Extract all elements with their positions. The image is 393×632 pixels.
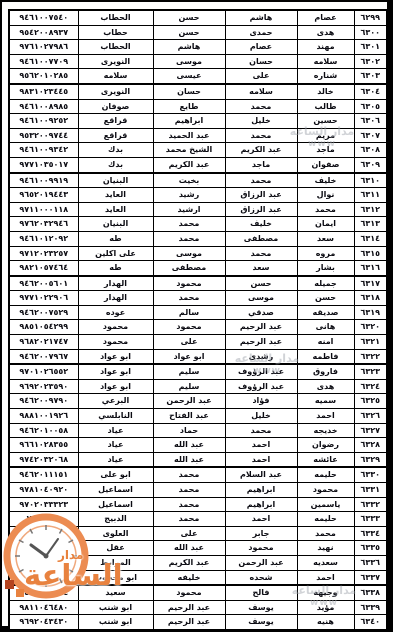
serial-cell: ٦٣٠٢ <box>354 54 387 69</box>
father-name-cell: عبد الكريم <box>225 143 297 158</box>
serial-cell: ٦٣٠٣ <box>354 69 387 84</box>
table-row: ٩٧٨١٠٤٠٩٢٠اسماعيلمحمدابراهيممحمود٦٣٣١ <box>9 483 387 498</box>
table-row: ٩٤٦٢٠٠٥٦٠١الهدارمحمودحسنجميله٦٣١٧ <box>9 276 387 291</box>
father-name-cell: حسن <box>225 276 297 291</box>
grandfather-name-cell: عبد الكريم <box>153 157 225 172</box>
father-name-cell: محمد <box>225 423 297 438</box>
table-row: ٩٥٦٢٠١٠٢٨٥سلامهعيسىعلىشناره٦٣٠٣ <box>9 69 387 84</box>
id-number-cell: ٩٤٦٢٠٠٩٧٩٠ <box>9 394 78 409</box>
serial-cell: ٦٣٢٧ <box>354 423 387 438</box>
table-row: ٩٧٠١٠٢٦٥٥٢ابو عوادسليمعبد الرؤوففاروق٦٣٢… <box>9 364 387 379</box>
grandfather-name-cell: عبد الفتاح <box>153 409 225 424</box>
serial-cell: ٦٣١٢ <box>354 202 387 217</box>
grandfather-name-cell: سليم <box>153 379 225 394</box>
father-name-cell: على <box>225 69 297 84</box>
table-row: ٩٧٧١٠٢٢٩٠٦الهدارمحمدموسىحسن٦٣١٨ <box>9 291 387 306</box>
first-name-cell: جميله <box>297 276 354 291</box>
father-name-cell: محمود <box>225 541 297 556</box>
table-row: ٩٤٦١٠٠٩٣٤٢بدكالشيخ محمدعبد الكريمماجد٦٣٠… <box>9 143 387 158</box>
first-name-cell: هدى <box>297 379 354 394</box>
father-name-cell: عبد الرؤوف <box>225 379 297 394</box>
records-table-body: ٩٤٦١٠٠٧٥٤٠الحطابحسنهاشمعصام٦٢٩٩٩٥٤٢٠٠٨٩٣… <box>9 10 387 630</box>
family-name-cell: قراقع <box>78 128 153 143</box>
serial-cell: ٦٣٣١ <box>354 483 387 498</box>
serial-cell: ٦٢٩٩ <box>354 10 387 25</box>
first-name-cell: محمود <box>297 483 354 498</box>
grandfather-name-cell: خليفه <box>153 570 225 585</box>
table-row: ٩٤٦٢٠١١١٥١ابو علىمحمدعبد السلامحليمه٦٣٣٠ <box>9 467 387 482</box>
first-name-cell: هنيه <box>297 615 354 630</box>
father-name-cell: حمدى <box>225 25 297 40</box>
serial-cell: ٦٣١٣ <box>354 217 387 232</box>
first-name-cell: محمد <box>297 202 354 217</box>
first-name-cell: سعد <box>297 231 354 246</box>
id-number-cell: ٩٨٥١٠٥٤٢٩٩ <box>9 320 78 335</box>
id-number-cell: ٩٤٦٢٠١٢٨٨٤ <box>9 585 78 600</box>
id-number-cell: ٩٦٩٢٠٢٣٥٩٠ <box>9 379 78 394</box>
serial-cell: ٦٣٢٤ <box>354 379 387 394</box>
serial-cell: ٦٣١٤ <box>354 231 387 246</box>
table-row: ٩٤٦١٠٠٧٧٠٩النويرىموسىحسانسلامه٦٣٠٢ <box>9 54 387 69</box>
id-number-cell: ٣ <box>9 555 78 570</box>
grandfather-name-cell: بخيت <box>153 173 225 188</box>
family-name-cell: الدبيج <box>78 512 153 527</box>
father-name-cell: يوسف <box>225 600 297 615</box>
table-row: ٩٤٦٢٠٠٧٥٢٩عودهسالمصدقيصديقه٦٣١٩ <box>9 305 387 320</box>
grandfather-name-cell: سليم <box>153 364 225 379</box>
first-name-cell: هدى <box>297 25 354 40</box>
table-row: ٩٤٦٢٠١٠٠٥٨عيادحمادمحمدخديجه٦٣٢٧ <box>9 423 387 438</box>
first-name-cell: مهند <box>297 40 354 55</box>
grandfather-name-cell: عيسى <box>153 69 225 84</box>
table-row: ٩٥٤٢٠٠٨٩٣٧حطابحسنحمدىهدى٦٣٠٠ <box>9 25 387 40</box>
grandfather-name-cell: ابراهيم <box>153 114 225 129</box>
father-name-cell: هاشم <box>225 10 297 25</box>
family-name-cell: الهدار <box>78 276 153 291</box>
grandfather-name-cell: على <box>153 526 225 541</box>
first-name-cell: سلامه <box>297 54 354 69</box>
id-number-cell: ٩٤٦١٠٠٨٩٨٥ <box>9 99 78 114</box>
father-name-cell: خليف <box>225 217 297 232</box>
id-number-cell: ٩٥٤٢٠٠٨٩٣٧ <box>9 25 78 40</box>
grandfather-name-cell: محمد <box>153 512 225 527</box>
grandfather-name-cell: الشيخ محمد <box>153 143 225 158</box>
grandfather-name-cell: محمد <box>153 483 225 498</box>
table-row: ٩٧٦٢٠٣٢٩٤٦البنيانمحمدخليفايمان٦٣١٣ <box>9 217 387 232</box>
serial-cell: ٦٣٢٥ <box>354 394 387 409</box>
father-name-cell: عبد الرؤوف <box>225 364 297 379</box>
family-name-cell: ابو عواد <box>78 349 153 364</box>
grandfather-name-cell: هاشم <box>153 40 225 55</box>
first-name-cell: حسن <box>297 291 354 306</box>
father-name-cell: عبد الرزاق <box>225 188 297 203</box>
serial-cell: ٦٣٤٠ <box>354 615 387 630</box>
serial-cell: ٦٣٠٦ <box>354 114 387 129</box>
father-name-cell: صدقي <box>225 305 297 320</box>
id-number-cell: ٩٥٣٢٠٠٩٧٤٤ <box>9 128 78 143</box>
serial-cell: ٦٣٣٦ <box>354 555 387 570</box>
grandfather-name-cell: سالم <box>153 305 225 320</box>
father-name-cell: عبد الرحيم <box>225 335 297 350</box>
table-row: ٩٨١١٠٤٦٤٨٠ابو شنبعبد الرحيميوسفمؤيد٦٣٣٩ <box>9 600 387 615</box>
family-name-cell: عياد <box>78 423 153 438</box>
family-name-cell: بدك <box>78 143 153 158</box>
father-name-cell: محمد <box>225 246 297 261</box>
serial-cell: ٦٣٣٩ <box>354 600 387 615</box>
id-number-cell: ٩٧٦١٠٢٧٩٨٦ <box>9 40 78 55</box>
family-name-cell: ابو عواد <box>78 379 153 394</box>
serial-cell: ٦٣١٨ <box>354 291 387 306</box>
family-name-cell: ابو محجوب <box>78 570 153 585</box>
family-name-cell: صوفان <box>78 99 153 114</box>
table-row: ٩٤٦٢٠٠٧٩٦٧ابو عوادابو عوادرشدىفاطمه٦٣٢٢ <box>9 349 387 364</box>
first-name-cell: حليمه <box>297 512 354 527</box>
serial-cell: ٦٣٣٠ <box>354 467 387 482</box>
family-name-cell: قراقع <box>78 114 153 129</box>
first-name-cell: عائشه <box>297 452 354 467</box>
table-row: ٩٤٦١٠٠٧٥٤٠الحطابحسنهاشمعصام٦٢٩٩ <box>9 10 387 25</box>
first-name-cell: مريم <box>297 128 354 143</box>
serial-cell: ٦٣١٧ <box>354 276 387 291</box>
table-row: ٢٠١١١٨٨الدبيجمحمداحمدحليمه٦٣٣٣ <box>9 512 387 527</box>
father-name-cell: مصطفى <box>225 231 297 246</box>
father-name-cell: محمد <box>225 99 297 114</box>
family-name-cell: على اكلين <box>78 246 153 261</box>
first-name-cell: ياسمين <box>297 497 354 512</box>
father-name-cell: محمد <box>225 128 297 143</box>
family-name-cell: محمود <box>78 335 153 350</box>
id-number-cell: ٩٤٦١٠٠٩٩١٩ <box>9 173 78 188</box>
serial-cell: ٦٣٢٩ <box>354 452 387 467</box>
table-row: ٩٥٣٢٠٠٩٧٤٤قراقععبد الحميدمحمدمريم٦٣٠٧ <box>9 128 387 143</box>
serial-cell: ٦٣٠٨ <box>354 143 387 158</box>
id-number-cell: ٩٧٤٢٠٣٢٠٦٨ <box>9 452 78 467</box>
id-number-cell: ٩٤٦٢٠٠٥٦٠١ <box>9 276 78 291</box>
grandfather-name-cell: عبد الله <box>153 438 225 453</box>
first-name-cell: نوال <box>297 188 354 203</box>
table-row: ٩٤٦١٠١٢٠٩٢طهمحمدمصطفىسعد٦٣١٤ <box>9 231 387 246</box>
grandfather-name-cell: حسن <box>153 25 225 40</box>
id-number-cell: ٩٧٧١٠٢٢٩٠٦ <box>9 291 78 306</box>
family-name-cell: عياد <box>78 452 153 467</box>
father-name-cell: يوسف <box>225 615 297 630</box>
table-row: ٢٥٥٦١العلوىعلىجابرمحمد٦٣٣٤ <box>9 526 387 541</box>
family-name-cell: النابلسي <box>78 409 153 424</box>
table-row: ٩٨٢١٠٥٧٤٦٤طهمصطفىسعدبشار٦٣١٦ <box>9 261 387 276</box>
serial-cell: ٦٣٢٣ <box>354 364 387 379</box>
table-row: ٩٨٨١٠٠١٩٢٦النابلسيعبد الفتاحخليلاحمد٦٣٢٦ <box>9 409 387 424</box>
father-name-cell: عبد الرحيم <box>225 320 297 335</box>
family-name-cell: بدك <box>78 157 153 172</box>
first-name-cell: سعديه <box>297 555 354 570</box>
father-name-cell: احمد <box>225 438 297 453</box>
table-row: ٩٦٨٢٠٢١٧٤٧محمودعلىعبد الرحيمامنه٦٣٢١ <box>9 335 387 350</box>
grandfather-name-cell: محمود <box>153 320 225 335</box>
serial-cell: ٦٣٢٢ <box>354 349 387 364</box>
first-name-cell: صديقه <box>297 305 354 320</box>
father-name-cell: خليل <box>225 409 297 424</box>
family-name-cell: سلامه <box>78 69 153 84</box>
grandfather-name-cell: عبد الرحمن <box>153 394 225 409</box>
first-name-cell: حسين <box>297 114 354 129</box>
family-name-cell: البرعي <box>78 394 153 409</box>
first-name-cell: فاروق <box>297 364 354 379</box>
first-name-cell: خديجه <box>297 423 354 438</box>
first-name-cell: مروه <box>297 246 354 261</box>
family-name-cell: ابو شنب <box>78 600 153 615</box>
id-number-cell: ٩٧٧١٠٣٥٠١٧ <box>9 157 78 172</box>
father-name-cell: عصام <box>225 40 297 55</box>
serial-cell: ٦٣٢٠ <box>354 320 387 335</box>
father-name-cell: ماجد <box>225 157 297 172</box>
first-name-cell: صفوان <box>297 157 354 172</box>
family-name-cell: ابو شنب <box>78 615 153 630</box>
serial-cell: ٦٣٣٧ <box>354 570 387 585</box>
first-name-cell: محمد <box>297 526 354 541</box>
father-name-cell: عبد الرحمن <box>225 555 297 570</box>
id-number-cell: ٩٤٦٢٠١١١٥١ <box>9 467 78 482</box>
family-name-cell: سعيد <box>78 585 153 600</box>
family-name-cell: الهدار <box>78 291 153 306</box>
grandfather-name-cell: حسن <box>153 10 225 25</box>
grandfather-name-cell: عبد الحميد <box>153 128 225 143</box>
id-number-cell: ٩٧٠٢٠٣٣٣٢٣ <box>9 497 78 512</box>
grandfather-name-cell: ارشيد <box>153 202 225 217</box>
serial-cell: ٦٣٣٨ <box>354 585 387 600</box>
id-number-cell: ٩٧٨١٠٤٠٩٢٠ <box>9 483 78 498</box>
grandfather-name-cell: رشيد <box>153 188 225 203</box>
father-name-cell: احمد <box>225 452 297 467</box>
family-name-cell: محمود <box>78 320 153 335</box>
table-row: ٩٧١٢٠٢٣٢٥٧على اكلينموسىمحمدمروه٦٣١٥ <box>9 246 387 261</box>
id-number-cell: ٩٤٦١٠٠٩٣٤٢ <box>9 143 78 158</box>
grandfather-name-cell: محمد <box>153 497 225 512</box>
table-row: ٩٦٥٢٠١٩٤٤٣العايدرشيدعبد الرزاقنوال٦٣١١ <box>9 188 387 203</box>
father-name-cell: خليل <box>225 114 297 129</box>
grandfather-name-cell: عبد الله <box>153 541 225 556</box>
grandfather-name-cell: عبد الرحيم <box>153 600 225 615</box>
father-name-cell: ابراهيم <box>225 497 297 512</box>
family-name-cell: الحطاب <box>78 10 153 25</box>
id-number-cell: ٩٧٠١٠٢٦٥٥٢ <box>9 364 78 379</box>
family-name-cell: المرابط <box>78 555 153 570</box>
family-name-cell: طه <box>78 231 153 246</box>
grandfather-name-cell: محمد <box>153 217 225 232</box>
first-name-cell: شناره <box>297 69 354 84</box>
id-number-cell: ٩٤٦١٠١٢٠٩٢ <box>9 231 78 246</box>
family-name-cell: النويرى <box>78 84 153 99</box>
serial-cell: ٦٣٢٦ <box>354 409 387 424</box>
table-row: ٩٦٩٢٠٢٣٥٩٠ابو عوادسليمعبد الرؤوفهدى٦٣٢٤ <box>9 379 387 394</box>
family-name-cell: عوده <box>78 305 153 320</box>
grandfather-name-cell: محمود <box>153 276 225 291</box>
table-row: ٤عقلعبد اللهمحمودنهيد٦٣٣٥ <box>9 541 387 556</box>
grandfather-name-cell: حماد <box>153 423 225 438</box>
id-number-cell: ٩٨٢١٠٥٧٤٦٤ <box>9 261 78 276</box>
table-row: ٩٨٤١٠٣١٢٦٦ابو محجوبخليفهشحدهاحمد٦٣٣٧ <box>9 570 387 585</box>
id-number-cell: ٩٥٦٢٠١٠٢٨٥ <box>9 69 78 84</box>
table-row: ٩٤٦١٠٠٩٢٥٢قراقعابراهيمخليلحسين٦٣٠٦ <box>9 114 387 129</box>
grandfather-name-cell: محمد <box>153 467 225 482</box>
father-name-cell: فالح <box>225 585 297 600</box>
serial-cell: ٦٣٢١ <box>354 335 387 350</box>
father-name-cell: احمد <box>225 512 297 527</box>
grandfather-name-cell: على <box>153 335 225 350</box>
first-name-cell: احمد <box>297 409 354 424</box>
table-row: ٩٤٦٢٠١٢٨٨٤سعيدمحمودفالحوجيهه٦٣٣٨ <box>9 585 387 600</box>
serial-cell: ٦٣٠٥ <box>354 99 387 114</box>
id-number-cell: ٩٧١٢٠٢٣٢٥٧ <box>9 246 78 261</box>
id-number-cell: ٩٤٦٢٠١٠٠٥٨ <box>9 423 78 438</box>
serial-cell: ٦٣٣٣ <box>354 512 387 527</box>
grandfather-name-cell: محمد <box>153 291 225 306</box>
family-name-cell: عقل <box>78 541 153 556</box>
table-row: ٩٧٠٢٠٣٣٣٢٣اسماعيلمحمدابراهيمياسمين٦٣٣٢ <box>9 497 387 512</box>
table-row: ٩٤٦٢٠٠٩٧٩٠البرعيعبد الرحمنفؤادسميه٦٣٢٥ <box>9 394 387 409</box>
serial-cell: ٦٣٠٤ <box>354 84 387 99</box>
first-name-cell: فاطمه <box>297 349 354 364</box>
serial-cell: ٦٣٣٢ <box>354 497 387 512</box>
id-number-cell: ٤ <box>9 541 78 556</box>
first-name-cell: طالب <box>297 99 354 114</box>
grandfather-name-cell: ابو عواد <box>153 349 225 364</box>
id-number-cell: ٩٤٦١٠٠٧٧٠٩ <box>9 54 78 69</box>
father-name-cell: فؤاد <box>225 394 297 409</box>
first-name-cell: وجيهه <box>297 585 354 600</box>
id-number-cell: ٩٦٥٢٠١٩٤٤٣ <box>9 188 78 203</box>
records-table: ٩٤٦١٠٠٧٥٤٠الحطابحسنهاشمعصام٦٢٩٩٩٥٤٢٠٠٨٩٣… <box>8 9 388 631</box>
id-number-cell: ٢٥٥٦١ <box>9 526 78 541</box>
id-number-cell: ٩٨٤١٠٣١٢٦٦ <box>9 570 78 585</box>
first-name-cell: رضوان <box>297 438 354 453</box>
family-name-cell: البنيان <box>78 217 153 232</box>
first-name-cell: سميه <box>297 394 354 409</box>
id-number-cell: ٩٨٨١٠٠١٩٢٦ <box>9 409 78 424</box>
first-name-cell: خليف <box>297 173 354 188</box>
id-number-cell: ٩٤٦١٠٠٩٢٥٢ <box>9 114 78 129</box>
grandfather-name-cell: موسى <box>153 246 225 261</box>
grandfather-name-cell: مصطفى <box>153 261 225 276</box>
family-name-cell: البنيان <box>78 173 153 188</box>
family-name-cell: ابو عواد <box>78 364 153 379</box>
serial-cell: ٦٣٠٧ <box>354 128 387 143</box>
father-name-cell: ابراهيم <box>225 483 297 498</box>
family-name-cell: اسماعيل <box>78 497 153 512</box>
table-row: ٩٨٥١٠٥٤٢٩٩محمودمحمودعبد الرحيمهانى٦٣٢٠ <box>9 320 387 335</box>
first-name-cell: احمد <box>297 570 354 585</box>
first-name-cell: بشار <box>297 261 354 276</box>
table-row: ٩٦٩٢٠٤٣٤٣٠ابو شنبعبد الرحيميوسفهنيه٦٣٤٠ <box>9 615 387 630</box>
serial-cell: ٦٣٠٠ <box>354 25 387 40</box>
first-name-cell: ايمان <box>297 217 354 232</box>
first-name-cell: هانى <box>297 320 354 335</box>
serial-cell: ٦٣٠٩ <box>354 157 387 172</box>
grandfather-name-cell: محمد <box>153 231 225 246</box>
table-row: ٩٧٧١٠٣٥٠١٧بدكعبد الكريمماجدصفوان٦٣٠٩ <box>9 157 387 172</box>
father-name-cell: موسى <box>225 291 297 306</box>
serial-cell: ٦٣٢٨ <box>354 438 387 453</box>
family-name-cell: العايد <box>78 188 153 203</box>
family-name-cell: العلوى <box>78 526 153 541</box>
id-number-cell: ٩٦٩٢٠٤٣٤٣٠ <box>9 615 78 630</box>
family-name-cell: ابو على <box>78 467 153 482</box>
family-name-cell: النويرى <box>78 54 153 69</box>
family-name-cell: اسماعيل <box>78 483 153 498</box>
father-name-cell: حسان <box>225 54 297 69</box>
serial-cell: ٦٣١٦ <box>354 261 387 276</box>
serial-cell: ٦٣١٥ <box>354 246 387 261</box>
father-name-cell: محمد <box>225 173 297 188</box>
id-number-cell: ٩٤٦١٠٠٧٥٤٠ <box>9 10 78 25</box>
id-number-cell: ٩٦٦١٠٢٨٣٥٥ <box>9 438 78 453</box>
table-row: ٩٧٦١٠٢٧٩٨٦الحطابهاشمعصاممهند٦٣٠١ <box>9 40 387 55</box>
father-name-cell: سلامه <box>225 84 297 99</box>
table-row: ٩٨٣١٠٢٣٤٤٥النويرىحسانسلامهخالد٦٣٠٤ <box>9 84 387 99</box>
serial-cell: ٦٣٠١ <box>354 40 387 55</box>
id-number-cell: ٩٧٦٢٠٣٢٩٤٦ <box>9 217 78 232</box>
grandfather-name-cell: موسى <box>153 54 225 69</box>
serial-cell: ٦٣١٠ <box>354 173 387 188</box>
family-name-cell: عياد <box>78 438 153 453</box>
id-number-cell: ٩٤٦٢٠٠٧٩٦٧ <box>9 349 78 364</box>
father-name-cell: شحده <box>225 570 297 585</box>
father-name-cell: عبد الرزاق <box>225 202 297 217</box>
serial-cell: ٦٣١٩ <box>354 305 387 320</box>
id-number-cell: ٢٠١١١٨٨ <box>9 512 78 527</box>
table-row: ٣المرابطعبد الكريمعبد الرحمنسعديه٦٣٣٦ <box>9 555 387 570</box>
table-row: ٩٧١١٠٠٠١١٨العايدارشيدعبد الرزاقمحمد٦٣١٢ <box>9 202 387 217</box>
family-name-cell: طه <box>78 261 153 276</box>
grandfather-name-cell: عبد الكريم <box>153 555 225 570</box>
table-row: ٩٦٦١٠٢٨٣٥٥عيادعبد اللهاحمدرضوان٦٣٢٨ <box>9 438 387 453</box>
first-name-cell: حليمه <box>297 467 354 482</box>
table-row: ٩٧٤٢٠٣٢٠٦٨عيادعبد اللهاحمدعائشه٦٣٢٩ <box>9 452 387 467</box>
id-number-cell: ٩٦٨٢٠٢١٧٤٧ <box>9 335 78 350</box>
serial-cell: ٦٣١١ <box>354 188 387 203</box>
father-name-cell: عبد السلام <box>225 467 297 482</box>
table-row: ٩٤٦١٠٠٩٩١٩البنيانبخيتمحمدخليف٦٣١٠ <box>9 173 387 188</box>
grandfather-name-cell: عبد الرحيم <box>153 615 225 630</box>
family-name-cell: الحطاب <box>78 40 153 55</box>
grandfather-name-cell: طايع <box>153 99 225 114</box>
table-row: ٩٤٦١٠٠٨٩٨٥صوفانطايعمحمدطالب٦٣٠٥ <box>9 99 387 114</box>
first-name-cell: ماجد <box>297 143 354 158</box>
first-name-cell: مؤيد <box>297 600 354 615</box>
page-background: ٩٤٦١٠٠٧٥٤٠الحطابحسنهاشمعصام٦٢٩٩٩٥٤٢٠٠٨٩٣… <box>2 2 387 626</box>
serial-cell: ٦٣٣٤ <box>354 526 387 541</box>
father-name-cell: رشدى <box>225 349 297 364</box>
grandfather-name-cell: محمود <box>153 585 225 600</box>
father-name-cell: سعد <box>225 261 297 276</box>
grandfather-name-cell: حسان <box>153 84 225 99</box>
father-name-cell: جابر <box>225 526 297 541</box>
first-name-cell: امنه <box>297 335 354 350</box>
grandfather-name-cell: عبد الله <box>153 452 225 467</box>
family-name-cell: حطاب <box>78 25 153 40</box>
first-name-cell: خالد <box>297 84 354 99</box>
id-number-cell: ٩٤٦٢٠٠٧٥٢٩ <box>9 305 78 320</box>
id-number-cell: ٩٧١١٠٠٠١١٨ <box>9 202 78 217</box>
first-name-cell: عصام <box>297 10 354 25</box>
id-number-cell: ٩٨١١٠٤٦٤٨٠ <box>9 600 78 615</box>
serial-cell: ٦٣٣٥ <box>354 541 387 556</box>
family-name-cell: العايد <box>78 202 153 217</box>
scanned-page: ٩٤٦١٠٠٧٥٤٠الحطابحسنهاشمعصام٦٢٩٩٩٥٤٢٠٠٨٩٣… <box>0 0 393 632</box>
first-name-cell: نهيد <box>297 541 354 556</box>
id-number-cell: ٩٨٣١٠٢٣٤٤٥ <box>9 84 78 99</box>
